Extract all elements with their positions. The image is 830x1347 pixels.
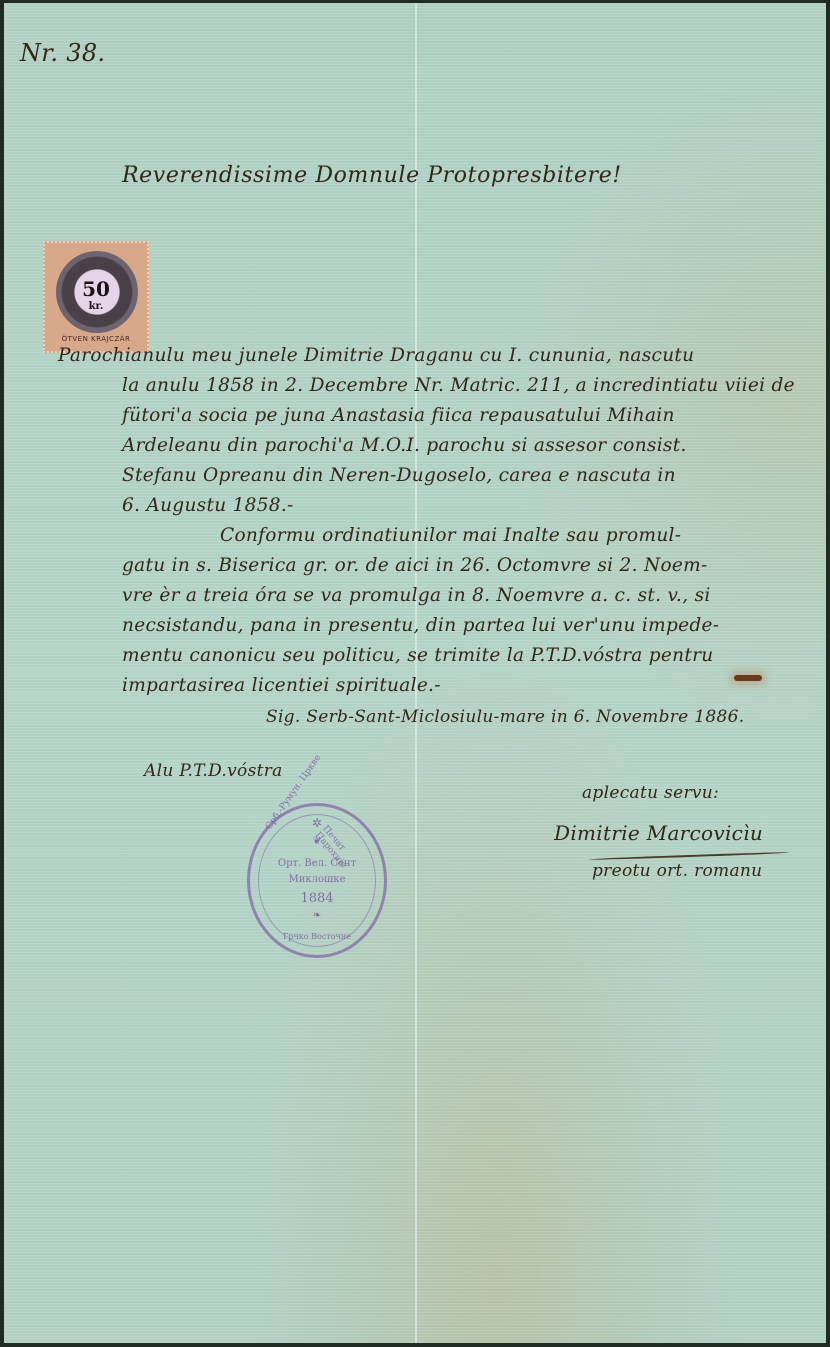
parish-seal: Срб.-Румун. Цркве Печат Парохије ✲ ❦ Орт… [247, 803, 387, 958]
body-line: necsistandu, pana in presentu, din parte… [122, 615, 719, 636]
stamp-value: 50 [45, 277, 147, 301]
signature-title: preotu ort. romanu [592, 861, 762, 881]
seal-star-icon: ✲ [250, 816, 384, 830]
stamp-caption: ÖTVEN KRAJCZÁR [45, 335, 147, 343]
place-date: Sig. Serb-Sant-Miclosiulu-mare in 6. Nov… [266, 707, 744, 727]
paper-fold-line [415, 3, 417, 1343]
body-line: Ardeleanu din parochi'a M.O.I. parochu s… [122, 435, 687, 456]
document-page: Nr. 38. Reverendissime Domnule Protopres… [4, 3, 826, 1343]
seal-ornament-icon: ❦ [250, 836, 384, 847]
body-line: Conformu ordinatiunilor mai Inalte sau p… [220, 525, 681, 546]
ink-blot [734, 675, 762, 681]
body-line: Stefanu Opreanu din Neren-Dugoselo, care… [122, 465, 676, 486]
seal-center-line-2: Миклошке [250, 874, 384, 885]
seal-bottom-ornament-icon: ❧ [250, 910, 384, 921]
closing-left: Alu P.T.D.vóstra [144, 761, 283, 781]
body-line: fütori'a socia pe juna Anastasia fiica r… [122, 405, 675, 426]
seal-center-line-1: Орт. Вел. Сент [250, 858, 384, 869]
body-line: 6. Augustu 1858.- [122, 495, 294, 516]
salutation: Reverendissime Domnule Protopresbitere! [122, 163, 622, 188]
body-line: la anulu 1858 in 2. Decembre Nr. Matric.… [122, 375, 795, 396]
body-line: Parochianulu meu junele Dimitrie Draganu… [58, 345, 694, 366]
body-line: vre èr a treia óra se va promulga in 8. … [122, 585, 711, 606]
reference-number: Nr. 38. [20, 39, 105, 67]
stamp-unit: kr. [45, 301, 147, 312]
seal-year: 1884 [250, 891, 384, 906]
closing-right: aplecatu servu: [582, 783, 719, 803]
signature-name: Dimitrie Marcovicìu [554, 821, 763, 845]
seal-ring-text-bottom: Грчко Восточне [250, 932, 384, 941]
revenue-stamp: 50 kr. ÖTVEN KRAJCZÁR [43, 241, 149, 353]
body-line: gatu in s. Biserica gr. or. de aici in 2… [122, 555, 708, 576]
signature-flourish [589, 852, 789, 861]
body-line: impartasirea licentiei spirituale.- [122, 675, 441, 696]
body-line: mentu canonicu seu politicu, se trimite … [122, 645, 713, 666]
